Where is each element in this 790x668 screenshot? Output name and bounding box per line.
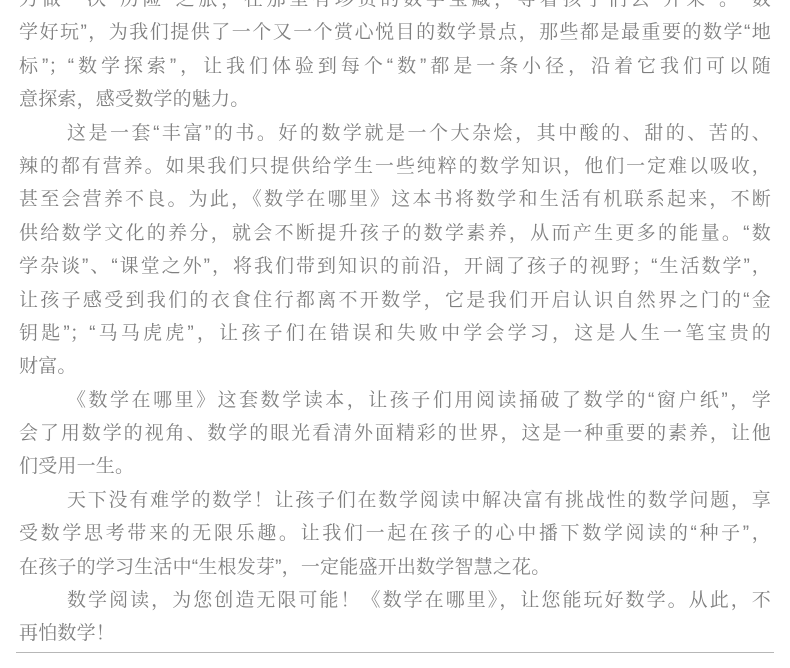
text-line: 标”；“数学探索”，让我们体验到每个“数”都是一条小径，沿着它我们可以随 xyxy=(19,50,771,83)
text-line: 再怕数学！ xyxy=(19,617,771,650)
preface-text-block: 力做一次“历险”之旅，在那里有珍贵的数学宝藏，等着孩子们去“开采”。“数学好玩”… xyxy=(19,0,771,651)
text-line: 学好玩”，为我们提供了一个又一个赏心悦目的数学景点，那些都是最重要的数学“地 xyxy=(19,16,771,49)
text-line: 甚至会营养不良。为此，《数学在哪里》这本书将数学和生活有机联系起来，不断 xyxy=(19,183,771,216)
text-line: 辣的都有营养。如果我们只提供给学生一些纯粹的数学知识，他们一定难以吸收， xyxy=(19,150,771,183)
text-line: 让孩子感受到我们的衣食住行都离不开数学，它是我们开启认识自然界之门的“金 xyxy=(19,284,771,317)
text-line: 《数学在哪里》这套数学读本，让孩子们用阅读捅破了数学的“窗户纸”，学 xyxy=(19,384,771,417)
text-line: 们受用一生。 xyxy=(19,450,771,483)
preface-lines: 力做一次“历险”之旅，在那里有珍贵的数学宝藏，等着孩子们去“开采”。“数学好玩”… xyxy=(19,0,771,651)
text-line: 财富。 xyxy=(19,350,771,383)
section-divider xyxy=(16,652,774,653)
text-line: 供给数学文化的养分，就会不断提升孩子的数学素养，从而产生更多的能量。“数 xyxy=(19,217,771,250)
text-line: 会了用数学的视角、数学的眼光看清外面精彩的世界，这是一种重要的素养，让他 xyxy=(19,417,771,450)
text-line: 天下没有难学的数学！让孩子们在数学阅读中解决富有挑战性的数学问题，享 xyxy=(19,484,771,517)
text-line: 钥匙”；“马马虎虎”，让孩子们在错误和失败中学会学习，这是人生一笔宝贵的 xyxy=(19,317,771,350)
text-line: 意探索，感受数学的魅力。 xyxy=(19,83,771,116)
text-line: 力做一次“历险”之旅，在那里有珍贵的数学宝藏，等着孩子们去“开采”。“数 xyxy=(19,0,771,16)
text-line: 学杂谈”、“课堂之外”，将我们带到知识的前沿，开阔了孩子的视野；“生活数学”， xyxy=(19,250,771,283)
text-line: 这是一套“丰富”的书。好的数学就是一个大杂烩，其中酸的、甜的、苦的、 xyxy=(19,117,771,150)
text-line: 在孩子的学习生活中“生根发芽”，一定能盛开出数学智慧之花。 xyxy=(19,551,771,584)
text-line: 数学阅读，为您创造无限可能！《数学在哪里》，让您能玩好数学。从此，不 xyxy=(19,584,771,617)
text-line: 受数学思考带来的无限乐趣。让我们一起在孩子的心中播下数学阅读的“种子”， xyxy=(19,517,771,550)
